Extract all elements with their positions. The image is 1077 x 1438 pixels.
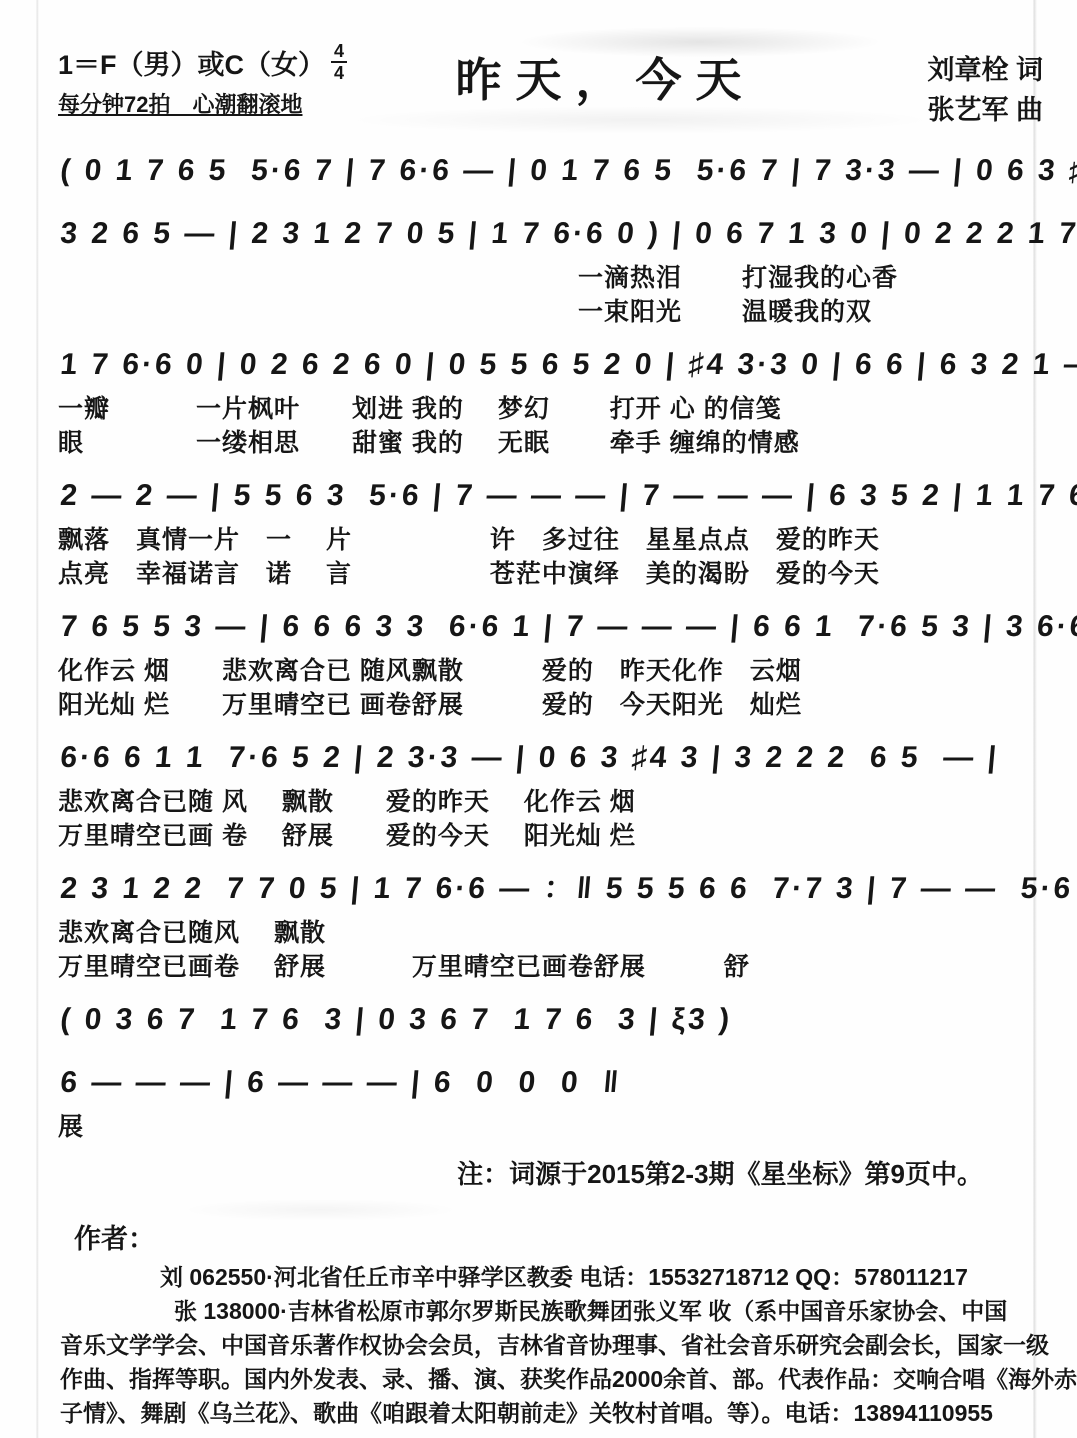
music-system-8: ( 0 3 6 7 1 7 6 3 | 0 3 6 7 1 7 6 3 | ξ3… — [58, 993, 1043, 1047]
music-system-1: ( 0 1 7 6 5 5·6 7 | 7 6·6 — | 0 1 7 6 5 … — [58, 144, 1043, 198]
lyricist-credit: 刘章栓 词 — [813, 50, 1043, 90]
lyric-line-verse1: 一瓣 一片枫叶 划进 我的 梦幻 打开 心 的信笺 — [58, 392, 1043, 426]
music-system-5: 7 6 5 5 3 — | 6 6 6 3 3 6·6 1 | 7 — — — … — [58, 600, 1043, 722]
key-signature: 1＝F（男）或C（女） 4 4 — [58, 42, 398, 82]
credits-block: 刘章栓 词 张艺军 曲 — [813, 42, 1043, 130]
lyric-line-verse2: 万里晴空已画 卷 舒展 爱的今天 阳光灿 烂 — [58, 819, 1043, 853]
music-system-6: 6·6 6 1 1 7·6 5 2 | 2 3·3 — | 0 6 3 ♯4 3… — [58, 731, 1043, 853]
score-body: ( 0 1 7 6 5 5·6 7 | 7 6·6 — | 0 1 7 6 5 … — [58, 144, 1043, 1144]
lyric-line-verse1: 展 — [58, 1110, 1043, 1144]
notation-line: 3 2 6 5 — | 2 3 1 2 7 0 5 | 1 7 6·6 0 ) … — [58, 207, 1048, 261]
lyric-line-verse2: 点亮 幸福诺言 诺 言 苍茫中演绎 美的渴盼 爱的今天 — [58, 557, 1043, 591]
tempo-marking: 每分钟72拍 心潮翻滚地 — [58, 88, 398, 119]
music-system-7: 2 3 1 2 2 7 7 0 5 | 1 7 6·6 — ：‖ 5 5 5 6… — [58, 862, 1043, 984]
lyric-line-verse1: 飘落 真情一片 一 片 许 多过往 星星点点 爱的昨天 — [58, 523, 1043, 557]
lyric-line-verse2: 眼 一缕相思 甜蜜 我的 无眠 牵手 缠绵的情感 — [58, 426, 1043, 460]
notation-line: 6 — — — | 6 — — — | 6 0 0 0 ‖ — [58, 1056, 1048, 1110]
lyric-line-verse1: 化作云 烟 悲欢离合已 随风飘散 爱的 昨天化作 云烟 — [58, 654, 1043, 688]
music-system-3: 1 7 6·6 0 | 0 2 6 2 6 0 | 0 5 5 6 5 2 0 … — [58, 338, 1043, 460]
authors-label: 作者： — [74, 1217, 1043, 1256]
key-tempo-block: 1＝F（男）或C（女） 4 4 每分钟72拍 心潮翻滚地 — [58, 42, 398, 119]
time-signature-denominator: 4 — [334, 63, 344, 82]
music-system-4: 2 — 2 — | 5 5 6 3 5·6 | 7 — — — | 7 — — … — [58, 469, 1043, 591]
notation-line: 2 3 1 2 2 7 7 0 5 | 1 7 6·6 — ：‖ 5 5 5 6… — [58, 862, 1048, 916]
song-title: 昨天，今天 — [398, 42, 813, 110]
score-header: 1＝F（男）或C（女） 4 4 每分钟72拍 心潮翻滚地 昨天，今天 刘章栓 词… — [58, 42, 1043, 130]
lyric-line-verse1: 一滴热泪 打湿我的心香 — [58, 261, 1043, 295]
lyric-line-verse1: 悲欢离合已随 风 飘散 爱的昨天 化作云 烟 — [58, 785, 1043, 819]
composer-credit: 张艺军 曲 — [813, 90, 1043, 130]
time-signature-numerator: 4 — [331, 42, 347, 63]
music-system-9: 6 — — — | 6 — — — | 6 0 0 0 ‖ 展 — [58, 1056, 1043, 1144]
music-system-2: 3 2 6 5 — | 2 3 1 2 7 0 5 | 1 7 6·6 0 ) … — [58, 207, 1043, 329]
sheet-music-page: 1＝F（男）或C（女） 4 4 每分钟72拍 心潮翻滚地 昨天，今天 刘章栓 词… — [0, 0, 1077, 1438]
notation-line: ( 0 3 6 7 1 7 6 3 | 0 3 6 7 1 7 6 3 | ξ3… — [58, 993, 1048, 1047]
author-bio-line-3: 子情》、舞剧《乌兰花》、歌曲《咱跟着太阳朝前走》关牧村首唱。等）。电话：1389… — [60, 1396, 1043, 1430]
author-bio-line-2: 作曲、指挥等职。国内外发表、录、播、演、获奖作品2000余首、部。代表作品：交响… — [60, 1362, 1043, 1396]
notation-line: 6·6 6 1 1 7·6 5 2 | 2 3·3 — | 0 6 3 ♯4 3… — [58, 731, 1048, 785]
notation-line: 7 6 5 5 3 — | 6 6 6 3 3 6·6 1 | 7 — — — … — [58, 600, 1048, 654]
notation-line: 1 7 6·6 0 | 0 2 6 2 6 0 | 0 5 5 6 5 2 0 … — [58, 338, 1048, 392]
lyric-line-verse1: 悲欢离合已随风 飘散 — [58, 916, 1043, 950]
lyric-line-verse2: 一束阳光 温暖我的双 — [58, 295, 1043, 329]
key-signature-text: 1＝F（男）或C（女） — [58, 43, 325, 82]
lyric-line-verse2: 万里晴空已画卷 舒展 万里晴空已画卷舒展 舒 — [58, 950, 1043, 984]
authors-block: 作者： 刘 062550·河北省任丘市辛中驿学区教委 电话：1553271871… — [58, 1217, 1043, 1430]
time-signature: 4 4 — [331, 42, 347, 82]
lyric-line-verse2: 阳光灿 烂 万里晴空已 画卷舒展 爱的 今天阳光 灿烂 — [58, 688, 1043, 722]
author-bio-line-1: 音乐文学学会、中国音乐著作权协会会员，吉林省音协理事、省社会音乐研究会副会长，国… — [60, 1328, 1043, 1362]
author-contact-liu: 刘 062550·河北省任丘市辛中驿学区教委 电话：15532718712 QQ… — [74, 1260, 1043, 1294]
source-note: 注：词源于2015第2-3期《星坐标》第9页中。 — [58, 1154, 1043, 1191]
author-contact-zhang: 张 138000·吉林省松原市郭尔罗斯民族歌舞团张义军 收（系中国音乐家协会、中… — [74, 1294, 1043, 1328]
notation-line: ( 0 1 7 6 5 5·6 7 | 7 6·6 — | 0 1 7 6 5 … — [58, 144, 1048, 198]
notation-line: 2 — 2 — | 5 5 6 3 5·6 | 7 — — — | 7 — — … — [58, 469, 1048, 523]
